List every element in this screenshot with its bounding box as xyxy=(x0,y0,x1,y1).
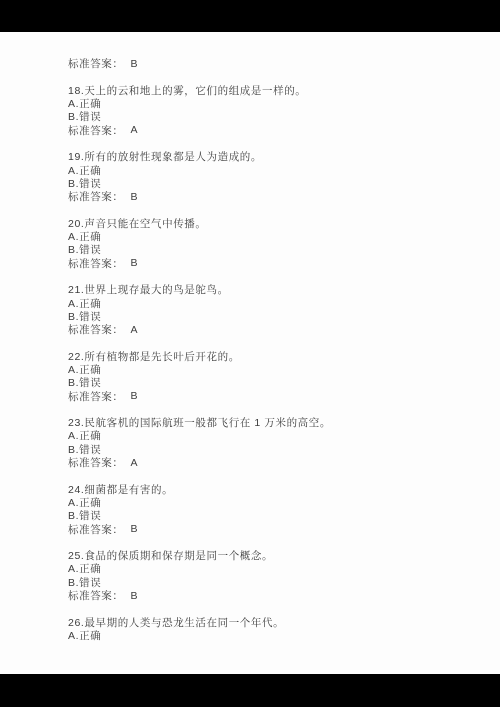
answer-value: B xyxy=(131,523,139,535)
option-b: B.错误 xyxy=(68,177,480,190)
question-text: 18.天上的云和地上的雾，它们的组成是一样的。 xyxy=(68,84,480,97)
answer-value: A xyxy=(131,124,139,136)
option-b: B.错误 xyxy=(68,509,480,522)
answer-value: B xyxy=(131,257,139,269)
standard-answer-line: 标准答案： B xyxy=(68,256,480,269)
standard-answer-line: 标准答案： B xyxy=(68,57,480,70)
option-a: A.正确 xyxy=(68,97,480,110)
document-page: 标准答案： B 18.天上的云和地上的雾，它们的组成是一样的。 A.正确B.错误… xyxy=(0,0,500,707)
question-block: 20.声音只能在空气中传播。 A.正确B.错误 标准答案： B xyxy=(68,217,480,270)
standard-answer-line: 标准答案： B xyxy=(68,190,480,203)
option-b: B.错误 xyxy=(68,376,480,389)
option-b: B.错误 xyxy=(68,576,480,589)
question-block: 26.最早期的人类与恐龙生活在同一个年代。 A.正确 xyxy=(68,615,480,642)
option-a: A.正确 xyxy=(68,429,480,442)
document-content: 标准答案： B 18.天上的云和地上的雾，它们的组成是一样的。 A.正确B.错误… xyxy=(0,32,500,674)
question-block: 22.所有植物都是先长叶后开花的。 A.正确B.错误 标准答案： B xyxy=(68,350,480,403)
answer-value: A xyxy=(131,324,139,336)
answer-label: 标准答案： xyxy=(68,588,124,603)
answer-label: 标准答案： xyxy=(68,189,124,204)
answer-value: A xyxy=(131,457,139,469)
answer-label: 标准答案： xyxy=(68,123,124,138)
question-block: 21.世界上现存最大的鸟是鸵鸟。 A.正确B.错误 标准答案： A xyxy=(68,283,480,336)
question-text: 19.所有的放射性现象都是人为造成的。 xyxy=(68,150,480,163)
questions-list: 18.天上的云和地上的雾，它们的组成是一样的。 A.正确B.错误 标准答案： A… xyxy=(68,84,480,642)
option-a: A.正确 xyxy=(68,230,480,243)
question-block: 24.细菌都是有害的。 A.正确B.错误 标准答案： B xyxy=(68,483,480,536)
standard-answer-line: 标准答案： B xyxy=(68,389,480,402)
question-block: 19.所有的放射性现象都是人为造成的。 A.正确B.错误 标准答案： B xyxy=(68,150,480,203)
question-block: 18.天上的云和地上的雾，它们的组成是一样的。 A.正确B.错误 标准答案： A xyxy=(68,84,480,137)
option-b: B.错误 xyxy=(68,243,480,256)
question-block: 23.民航客机的国际航班一般都飞行在 1 万米的高空。 A.正确B.错误 标准答… xyxy=(68,416,480,469)
answer-label: 标准答案： xyxy=(68,56,124,71)
option-b: B.错误 xyxy=(68,443,480,456)
question-text: 25.食品的保质期和保存期是同一个概念。 xyxy=(68,549,480,562)
option-a: A.正确 xyxy=(68,363,480,376)
question-text: 20.声音只能在空气中传播。 xyxy=(68,217,480,230)
option-b: B.错误 xyxy=(68,310,480,323)
answer-value: B xyxy=(131,590,139,602)
option-a: A.正确 xyxy=(68,629,480,642)
top-letterbox-bar xyxy=(0,0,500,32)
answer-label: 标准答案： xyxy=(68,522,124,537)
question-text: 21.世界上现存最大的鸟是鸵鸟。 xyxy=(68,283,480,296)
question-block: 25.食品的保质期和保存期是同一个概念。 A.正确B.错误 标准答案： B xyxy=(68,549,480,602)
option-a: A.正确 xyxy=(68,562,480,575)
answer-value: B xyxy=(131,191,139,203)
standard-answer-line: 标准答案： A xyxy=(68,456,480,469)
answer-value: B xyxy=(131,58,139,70)
question-text: 22.所有植物都是先长叶后开花的。 xyxy=(68,350,480,363)
answer-label: 标准答案： xyxy=(68,256,124,271)
standard-answer-line: 标准答案： B xyxy=(68,589,480,602)
question-text: 24.细菌都是有害的。 xyxy=(68,483,480,496)
option-a: A.正确 xyxy=(68,296,480,309)
option-a: A.正确 xyxy=(68,496,480,509)
answer-label: 标准答案： xyxy=(68,322,124,337)
standard-answer-line: 标准答案： B xyxy=(68,522,480,535)
answer-value: B xyxy=(131,390,139,402)
option-b: B.错误 xyxy=(68,110,480,123)
question-text: 26.最早期的人类与恐龙生活在同一个年代。 xyxy=(68,615,480,628)
option-a: A.正确 xyxy=(68,163,480,176)
bottom-letterbox-bar xyxy=(0,674,500,707)
question-text: 23.民航客机的国际航班一般都飞行在 1 万米的高空。 xyxy=(68,416,480,429)
answer-label: 标准答案： xyxy=(68,389,124,404)
standard-answer-line: 标准答案： A xyxy=(68,123,480,136)
standard-answer-line: 标准答案： A xyxy=(68,323,480,336)
answer-label: 标准答案： xyxy=(68,455,124,470)
